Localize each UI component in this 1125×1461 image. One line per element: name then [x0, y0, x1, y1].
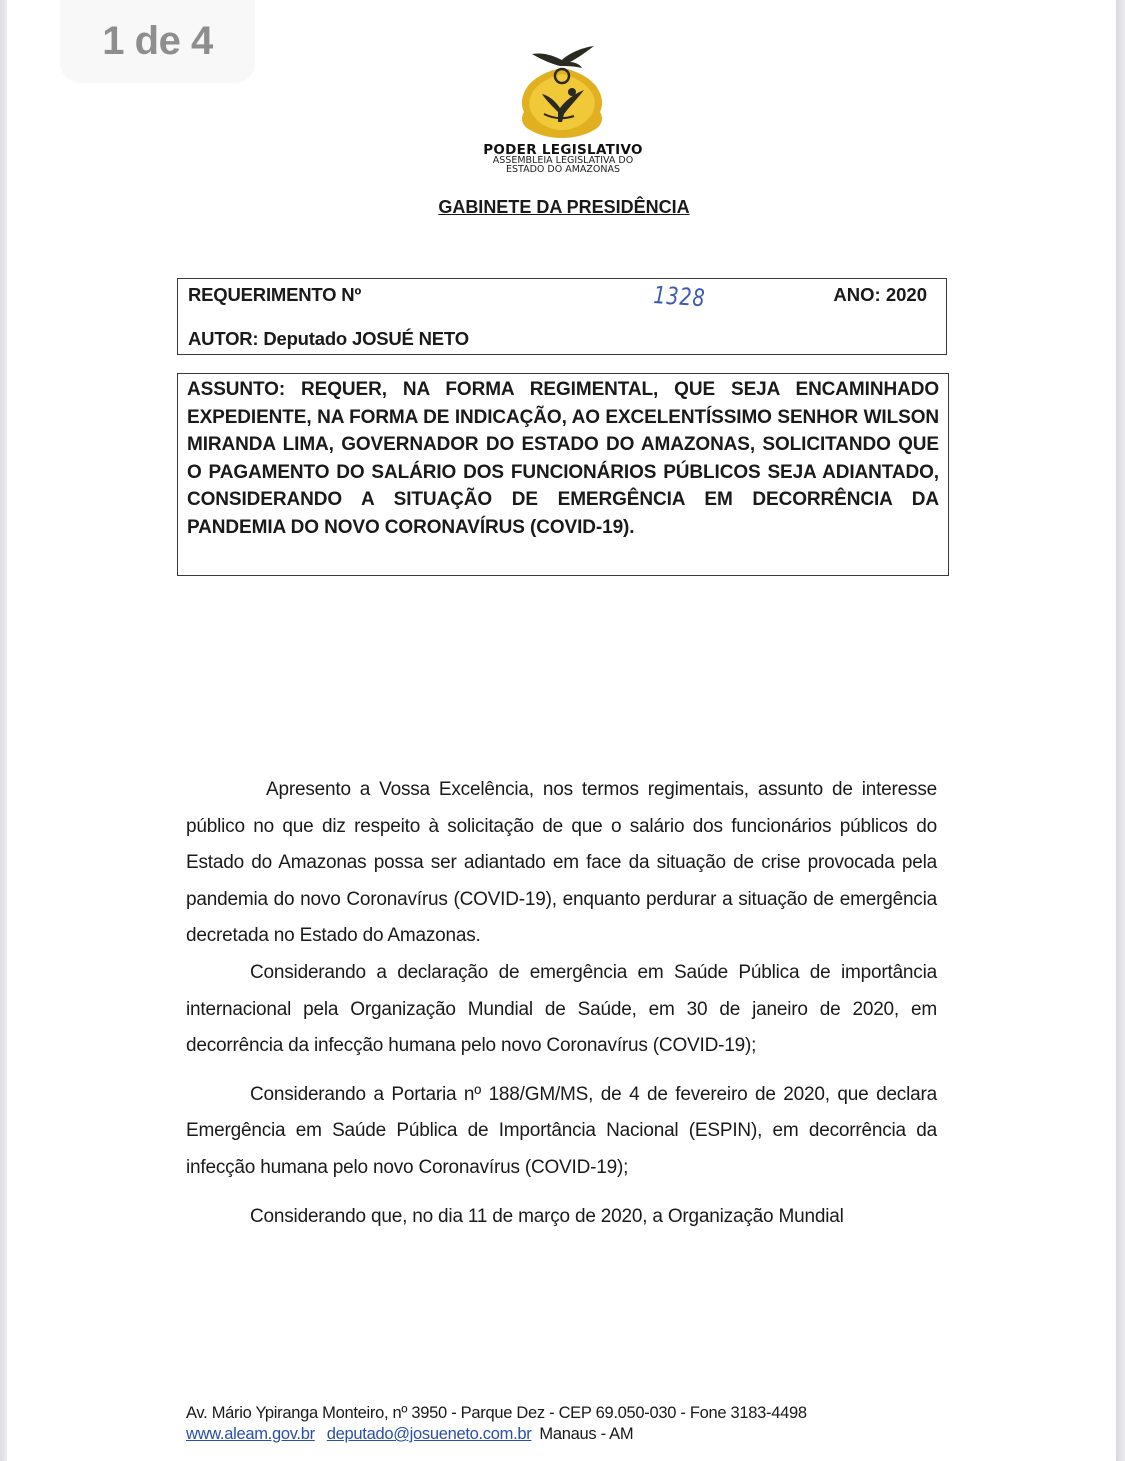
document-body: Apresento a Vossa Excelência, nos termos…: [186, 772, 937, 1235]
request-info-box: REQUERIMENTO Nº 1328 ANO: 2020 AUTOR: De…: [177, 278, 947, 355]
request-number-label: REQUERIMENTO Nº: [188, 284, 361, 306]
body-paragraph: Considerando a Portaria nº 188/GM/MS, de…: [186, 1077, 937, 1187]
website-link[interactable]: www.aleam.gov.br: [186, 1425, 315, 1443]
request-subject: ASSUNTO: REQUER, NA FORMA REGIMENTAL, QU…: [187, 376, 939, 542]
coat-of-arms-icon: [510, 40, 614, 140]
letterhead-subtitle-line2: ESTADO DO AMAZONAS: [450, 165, 676, 174]
letterhead-subtitle: ASSEMBLEIA LEGISLATIVA DO ESTADO DO AMAZ…: [450, 156, 676, 174]
page-indicator: 1 de 4: [60, 0, 255, 83]
request-subject-box: ASSUNTO: REQUER, NA FORMA REGIMENTAL, QU…: [177, 373, 949, 576]
footer-city: Manaus - AM: [539, 1425, 633, 1443]
body-paragraph: Considerando a declaração de emergência …: [186, 955, 937, 1065]
viewer-scrollbar[interactable]: [1116, 0, 1125, 1461]
body-paragraph: Considerando que, no dia 11 de março de …: [186, 1199, 937, 1236]
footer-address: Av. Mário Ypiranga Monteiro, nº 3950 - P…: [186, 1403, 807, 1424]
email-link[interactable]: deputado@josueneto.com.br: [327, 1425, 532, 1443]
viewer-left-edge: [0, 0, 7, 1461]
footer-contacts: www.aleam.gov.brdeputado@josueneto.com.b…: [186, 1424, 807, 1445]
request-number-handwritten: 1328: [653, 281, 706, 312]
department-heading: GABINETE DA PRESIDÊNCIA: [380, 197, 748, 218]
letterhead-footer: Av. Mário Ypiranga Monteiro, nº 3950 - P…: [186, 1403, 807, 1445]
body-paragraph: Apresento a Vossa Excelência, nos termos…: [186, 772, 937, 955]
request-author: AUTOR: Deputado JOSUÉ NETO: [188, 328, 469, 350]
request-year: ANO: 2020: [833, 284, 927, 306]
